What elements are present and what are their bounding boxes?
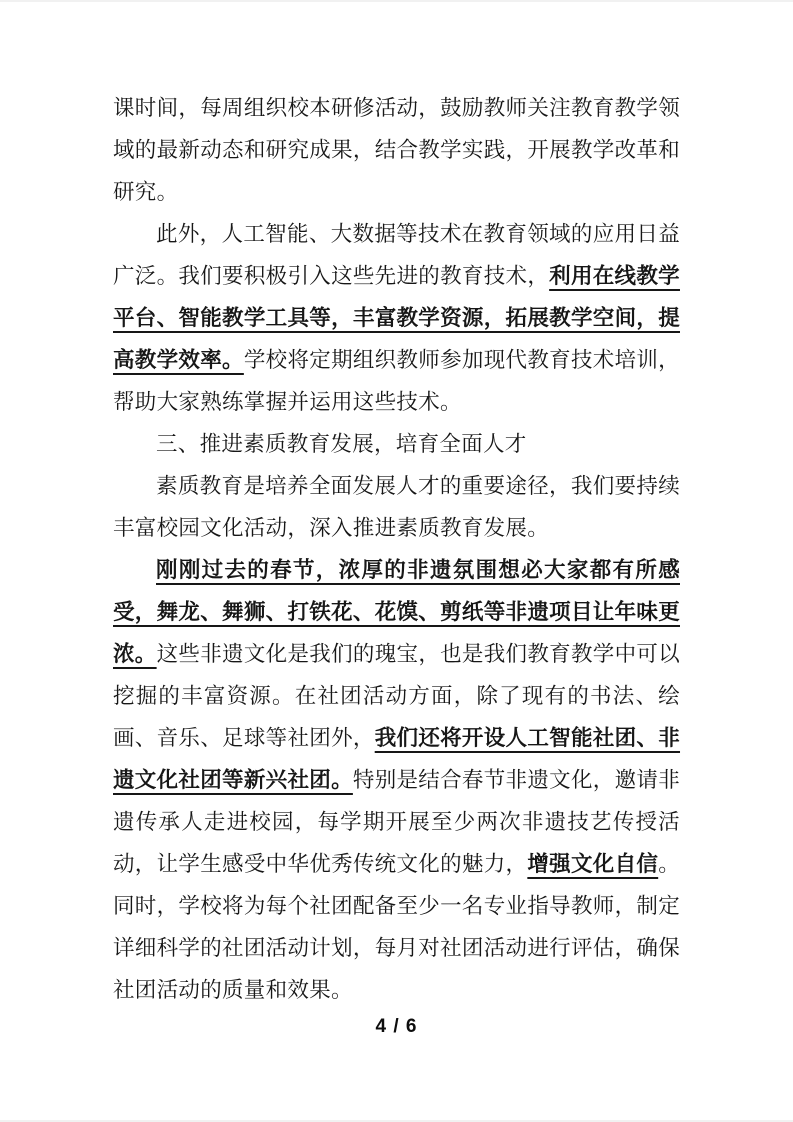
text-run: 课时间，每周组织校本研修活动，鼓励教师关注教育教学领域的最新动态和研究成果，结合…: [113, 96, 680, 204]
paragraph: 此外，人工智能、大数据等技术在教育领域的应用日益广泛。我们要积极引入这些先进的教…: [113, 213, 680, 423]
section-heading: 三、推进素质教育发展，培育全面人才: [113, 423, 680, 465]
text-run: 素质教育是培养全面发展人才的重要途径，我们要持续丰富校园文化活动，深入推进素质教…: [113, 474, 680, 540]
paragraph: 素质教育是培养全面发展人才的重要途径，我们要持续丰富校园文化活动，深入推进素质教…: [113, 465, 680, 549]
document-body: 课时间，每周组织校本研修活动，鼓励教师关注教育教学领域的最新动态和研究成果，结合…: [113, 87, 680, 1011]
page-footer: 4 / 6: [0, 1016, 793, 1038]
page-top-boundary: [0, 0, 793, 2]
page-number: 4 / 6: [376, 1016, 418, 1038]
emphasized-text-run: 增强文化自信: [527, 852, 658, 876]
paragraph: 刚刚过去的春节，浓厚的非遗氛围想必大家都有所感受，舞龙、舞狮、打铁花、花馍、剪纸…: [113, 549, 680, 1011]
document-page: { "page": { "number_label": "4 / 6" }, "…: [0, 0, 793, 1122]
paragraph: 课时间，每周组织校本研修活动，鼓励教师关注教育教学领域的最新动态和研究成果，结合…: [113, 87, 680, 213]
text-run: 三、推进素质教育发展，培育全面人才: [156, 432, 527, 456]
